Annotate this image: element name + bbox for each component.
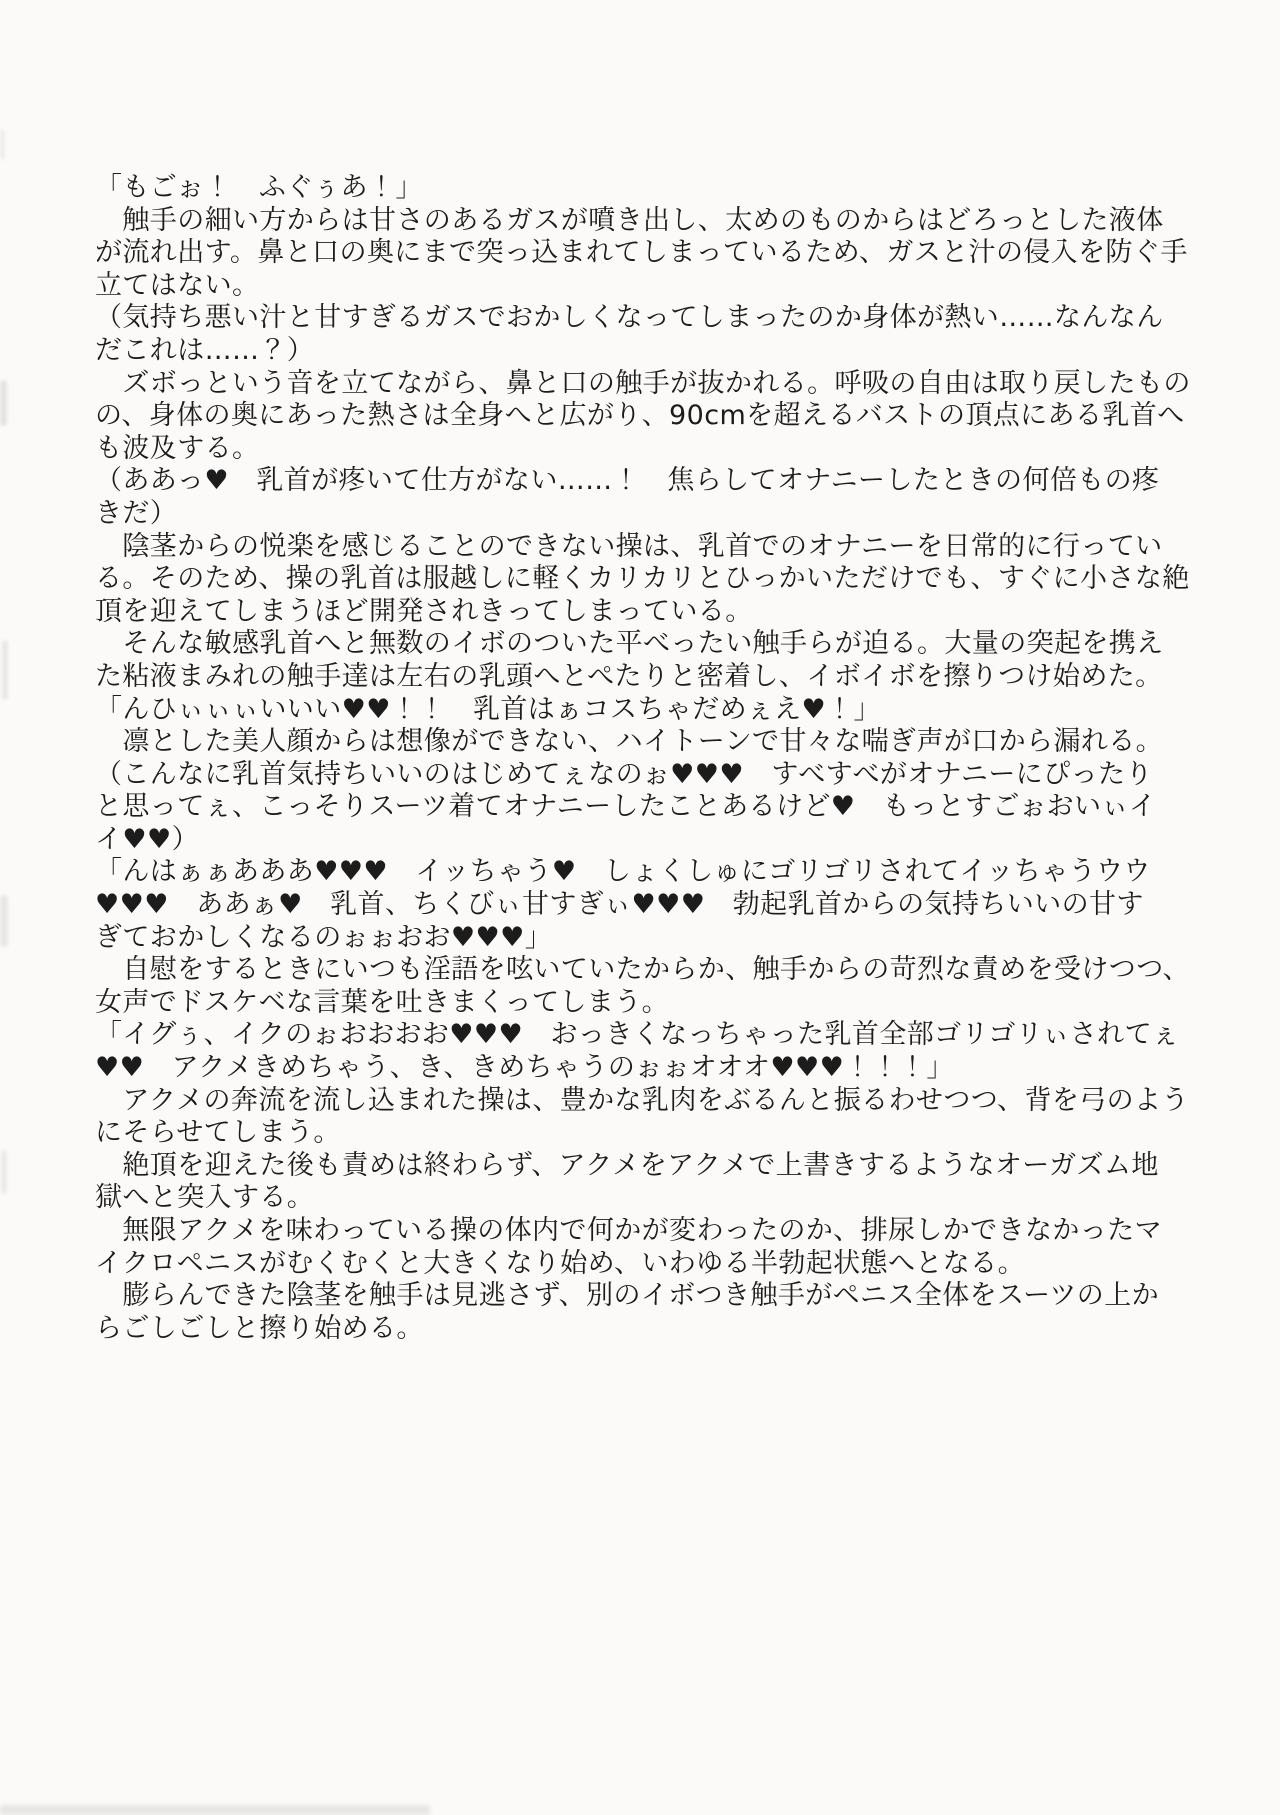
text-line: イクロペニスがむくむくと大きくなり始め、いわゆる半勃起状態へとなる。 (95, 1248, 1199, 1281)
text-line: 触手の細い方からは甘さのあるガスが噴き出し、太めのものからはどろっとした液体 (95, 205, 1199, 238)
text-line: と思ってぇ、こっそりスーツ着てオナニーしたことあるけど♥ もっとすごぉおいぃイ (95, 791, 1199, 824)
scan-artifact (1, 1150, 7, 1194)
text-line: 「もごぉ！ ふぐぅあ！」 (95, 172, 1199, 205)
scan-artifact (2, 640, 8, 700)
text-line: 「んひぃぃぃいいい♥♥！！ 乳首はぁコスちゃだめぇえ♥！」 (95, 694, 1199, 727)
text-line: ズボっという音を立てながら、鼻と口の触手が抜かれる。呼吸の自由は取り戻したもの (95, 368, 1199, 401)
text-line: が流れ出す。鼻と口の奥にまで突っ込まれてしまっているため、ガスと汁の侵入を防ぐ手 (95, 237, 1199, 270)
text-line: 自慰をするときにいつも淫語を呟いていたからか、触手からの苛烈な責めを受けつつ、 (95, 954, 1199, 987)
scan-artifact (0, 895, 8, 947)
text-line: 凛とした美人顔からは想像ができない、ハイトーンで甘々な喘ぎ声が口から漏れる。 (95, 726, 1199, 759)
text-line: 「イグぅ、イクのぉおおおお♥♥♥ おっきくなっちゃった乳首全部ゴリゴリぃされてぇ (95, 1019, 1199, 1052)
text-line: 陰茎からの悦楽を感じることのできない操は、乳首でのオナニーを日常的に行ってい (95, 531, 1199, 564)
scanned-page: 「もごぉ！ ふぐぅあ！」 触手の細い方からは甘さのあるガスが噴き出し、太めのもの… (0, 0, 1280, 1815)
text-line: らごしごしと擦り始める。 (95, 1313, 1199, 1346)
scan-artifact (0, 1805, 430, 1815)
text-line: も波及する。 (95, 433, 1199, 466)
text-line: 立てはない。 (95, 270, 1199, 303)
text-line: （気持ち悪い汁と甘すぎるガスでおかしくなってしまったのか身体が熱い……なんなん (95, 302, 1199, 335)
scan-artifact (0, 380, 7, 426)
text-line: にそらせてしまう。 (95, 1117, 1199, 1150)
text-line: 絶頂を迎えた後も責めは終わらず、アクメをアクメで上書きするようなオーガズム地 (95, 1150, 1199, 1183)
text-line: 獄へと突入する。 (95, 1182, 1199, 1215)
text-line: きだ） (95, 498, 1199, 531)
document-text: 「もごぉ！ ふぐぅあ！」 触手の細い方からは甘さのあるガスが噴き出し、太めのもの… (95, 172, 1199, 1345)
text-line: 女声でドスケベな言葉を吐きまくってしまう。 (95, 987, 1199, 1020)
text-line: 「んはぁぁあああ♥♥♥ イッちゃう♥ しょくしゅにゴリゴリされてイッちゃうウウ (95, 856, 1199, 889)
text-line: ぎておかしくなるのぉぉおお♥♥♥」 (95, 922, 1199, 955)
text-line: 頂を迎えてしまうほど開発されきってしまっている。 (95, 596, 1199, 629)
text-line: アクメの奔流を流し込まれた操は、豊かな乳肉をぶるんと振るわせつつ、背を弓のよう (95, 1085, 1199, 1118)
text-line: イ♥♥） (95, 824, 1199, 857)
text-line: ♥♥ アクメきめちゃう、き、きめちゃうのぉぉオオオ♥♥♥！！！」 (95, 1052, 1199, 1085)
text-line: る。そのため、操の乳首は服越しに軽くカリカリとひっかいただけでも、すぐに小さな絶 (95, 563, 1199, 596)
text-line: だこれは……？） (95, 335, 1199, 368)
text-line: の、身体の奥にあった熱さは全身へと広がり、90cmを超えるバストの頂点にある乳首… (95, 400, 1199, 433)
text-line: 膨らんできた陰茎を触手は見逃さず、別のイボつき触手がペニス全体をスーツの上か (95, 1280, 1199, 1313)
text-line: そんな敏感乳首へと無数のイボのついた平べったい触手らが迫る。大量の突起を携え (95, 628, 1199, 661)
text-line: た粘液まみれの触手達は左右の乳頭へとぺたりと密着し、イボイボを擦りつけ始めた。 (95, 661, 1199, 694)
text-line: （こんなに乳首気持ちいいのはじめてぇなのぉ♥♥♥ すべすべがオナニーにぴったり (95, 759, 1199, 792)
text-line: 無限アクメを味わっている操の体内で何かが変わったのか、排尿しかできなかったマ (95, 1215, 1199, 1248)
text-line: （ああっ♥ 乳首が疼いて仕方がない……！ 焦らしてオナニーしたときの何倍もの疼 (95, 465, 1199, 498)
text-line: ♥♥♥ ああぁ♥ 乳首、ちくびぃ甘すぎぃ♥♥♥ 勃起乳首からの気持ちいいの甘す (95, 889, 1199, 922)
scan-artifact (0, 130, 5, 160)
